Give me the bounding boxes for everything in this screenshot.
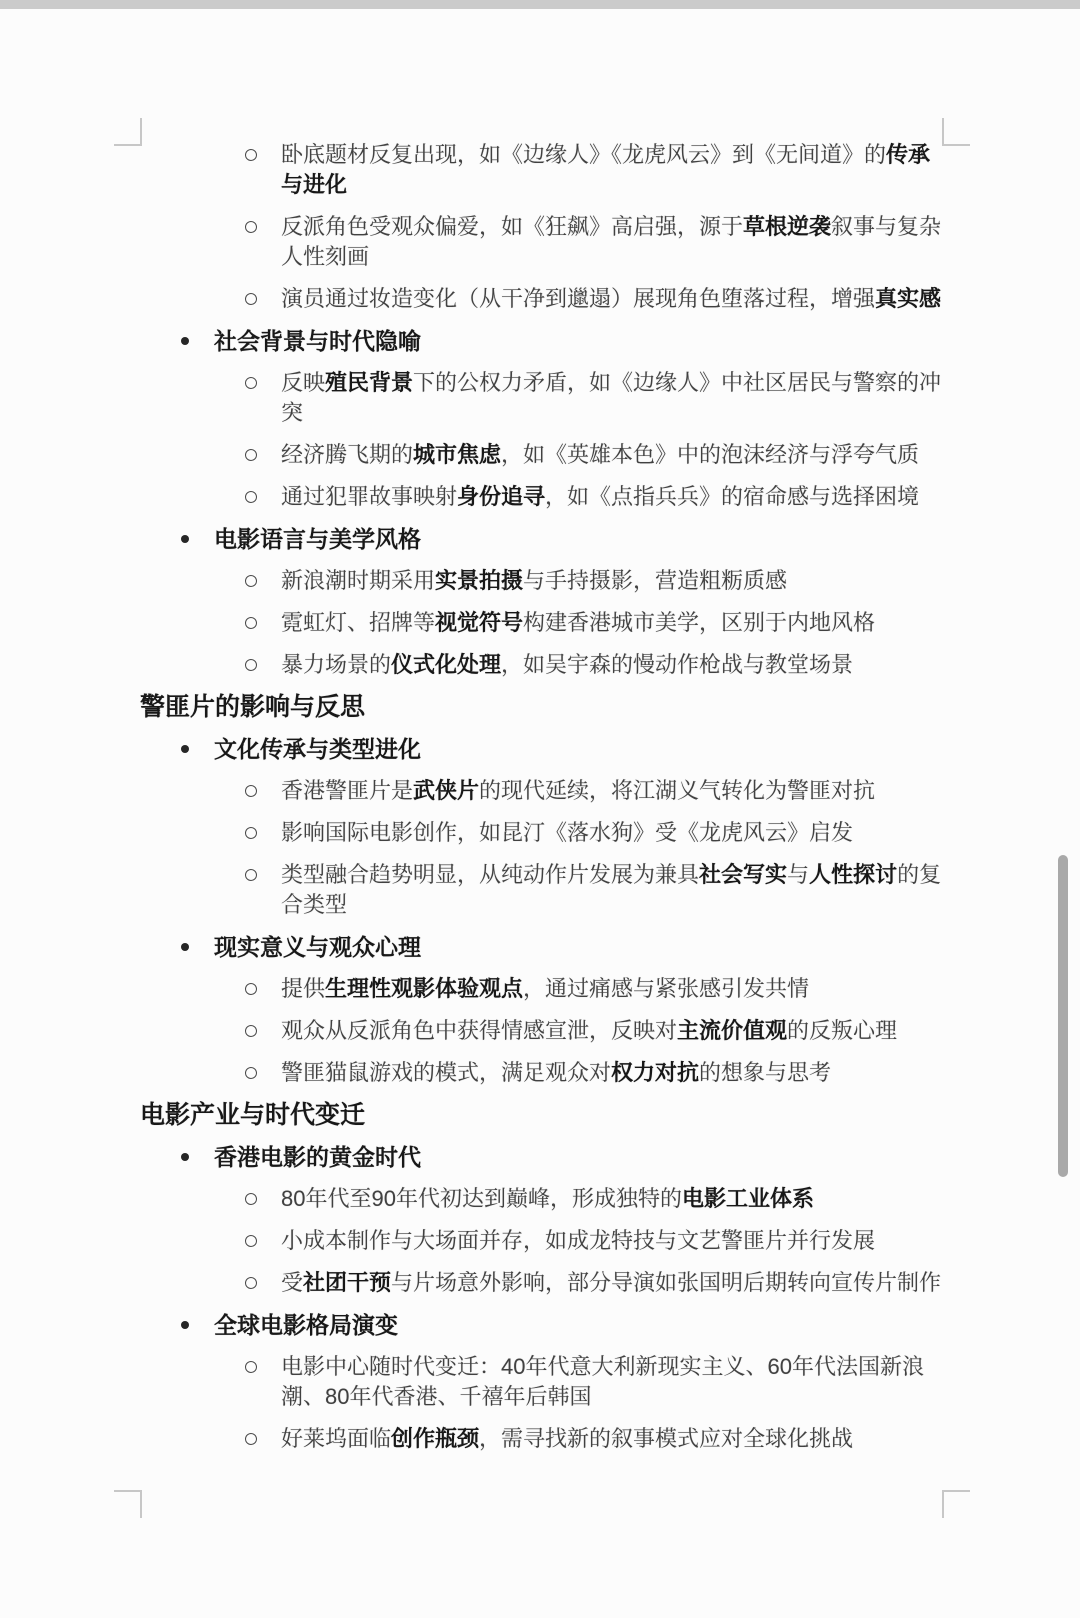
bullet-circle-icon [245,869,257,881]
outline-item: 观众从反派角色中获得情感宣泄，反映对主流价值观的反叛心理 [140,1016,942,1046]
outline-text: 香港警匪片是武侠片的现代延续，将江湖义气转化为警匪对抗 [281,778,875,803]
bullet-dot-icon [181,337,189,345]
outline-item: 80年代至90年代初达到巅峰，形成独特的电影工业体系 [140,1184,942,1214]
bullet-circle-icon [245,1235,257,1247]
outline-text: 经济腾飞期的城市焦虑，如《英雄本色》中的泡沫经济与浮夸气质 [281,442,919,467]
outline-text: 电影产业与时代变迁 [140,1101,365,1129]
bullet-circle-icon [245,1433,257,1445]
outline-text: 卧底题材反复出现，如《边缘人》《龙虎风云》到《无间道》的传承与进化 [281,142,930,197]
outline-item: 电影中心随时代变迁：40年代意大利新现实主义、60年代法国新浪潮、80年代香港、… [140,1352,942,1412]
outline-text: 提供生理性观影体验观点，通过痛感与紧张感引发共情 [281,976,809,1001]
bullet-dot-icon [181,535,189,543]
outline-text: 观众从反派角色中获得情感宣泄，反映对主流价值观的反叛心理 [281,1018,897,1043]
bullet-dot-icon [181,1153,189,1161]
document-viewer: 卧底题材反复出现，如《边缘人》《龙虎风云》到《无间道》的传承与进化反派角色受观众… [0,0,1080,1618]
outline-subheading: 文化传承与类型进化 [140,734,942,764]
bullet-circle-icon [245,377,257,389]
outline-text: 警匪猫鼠游戏的模式，满足观众对权力对抗的想象与思考 [281,1060,831,1085]
outline-text: 现实意义与观众心理 [214,934,421,960]
outline-item: 经济腾飞期的城市焦虑，如《英雄本色》中的泡沫经济与浮夸气质 [140,440,942,470]
bullet-circle-icon [245,575,257,587]
bullet-circle-icon [245,1193,257,1205]
outline-text: 类型融合趋势明显，从纯动作片发展为兼具社会写实与人性探讨的复合类型 [281,862,941,917]
bullet-circle-icon [245,449,257,461]
outline-text: 全球电影格局演变 [214,1312,398,1338]
bullet-circle-icon [245,293,257,305]
outline-text: 警匪片的影响与反思 [140,693,365,721]
outline-item: 反派角色受观众偏爱，如《狂飙》高启强，源于草根逆袭叙事与复杂人性刻画 [140,212,942,272]
outline-text: 通过犯罪故事映射身份追寻，如《点指兵兵》的宿命感与选择困境 [281,484,919,509]
section-heading: 电影产业与时代变迁 [140,1100,942,1130]
outline-item: 小成本制作与大场面并存，如成龙特技与文艺警匪片并行发展 [140,1226,942,1256]
outline-text: 文化传承与类型进化 [214,736,421,762]
outline-text: 新浪潮时期采用实景拍摄与手持摄影，营造粗粝质感 [281,568,787,593]
outline-text: 影响国际电影创作，如昆汀《落水狗》受《龙虎风云》启发 [281,820,853,845]
outline-text: 反派角色受观众偏爱，如《狂飙》高启强，源于草根逆袭叙事与复杂人性刻画 [281,214,941,269]
outline-text: 反映殖民背景下的公权力矛盾，如《边缘人》中社区居民与警察的冲突 [281,370,941,425]
bullet-circle-icon [245,491,257,503]
outline-text: 80年代至90年代初达到巅峰，形成独特的电影工业体系 [281,1186,814,1211]
outline-item: 通过犯罪故事映射身份追寻，如《点指兵兵》的宿命感与选择困境 [140,482,942,512]
outline-item: 霓虹灯、招牌等视觉符号构建香港城市美学，区别于内地风格 [140,608,942,638]
bullet-dot-icon [181,1321,189,1329]
text-boundary-mark-bottom-left [114,1490,142,1518]
bullet-dot-icon [181,745,189,753]
outline-item: 受社团干预与片场意外影响，部分导演如张国明后期转向宣传片制作 [140,1268,942,1298]
outline-text: 霓虹灯、招牌等视觉符号构建香港城市美学，区别于内地风格 [281,610,875,635]
outline-item: 影响国际电影创作，如昆汀《落水狗》受《龙虎风云》启发 [140,818,942,848]
outline-text: 演员通过妆造变化（从干净到邋遢）展现角色堕落过程，增强真实感 [281,286,941,311]
outline-item: 新浪潮时期采用实景拍摄与手持摄影，营造粗粝质感 [140,566,942,596]
outline-text: 暴力场景的仪式化处理，如吴宇森的慢动作枪战与教堂场景 [281,652,853,677]
outline-subheading: 香港电影的黄金时代 [140,1142,942,1172]
outline-item: 好莱坞面临创作瓶颈，需寻找新的叙事模式应对全球化挑战 [140,1424,942,1454]
bullet-circle-icon [245,1067,257,1079]
outline-subheading: 电影语言与美学风格 [140,524,942,554]
bullet-circle-icon [245,983,257,995]
outline-text: 小成本制作与大场面并存，如成龙特技与文艺警匪片并行发展 [281,1228,875,1253]
bullet-circle-icon [245,1277,257,1289]
outline-subheading: 社会背景与时代隐喻 [140,326,942,356]
bullet-circle-icon [245,785,257,797]
outline-text: 香港电影的黄金时代 [214,1144,421,1170]
bullet-circle-icon [245,1361,257,1373]
outline-item: 暴力场景的仪式化处理，如吴宇森的慢动作枪战与教堂场景 [140,650,942,680]
vertical-scrollbar-thumb[interactable] [1058,855,1068,1177]
window-top-edge [0,0,1080,9]
text-boundary-mark-bottom-right [942,1490,970,1518]
outline-text: 好莱坞面临创作瓶颈，需寻找新的叙事模式应对全球化挑战 [281,1426,853,1451]
bullet-circle-icon [245,827,257,839]
outline-item: 香港警匪片是武侠片的现代延续，将江湖义气转化为警匪对抗 [140,776,942,806]
document-outline: 卧底题材反复出现，如《边缘人》《龙虎风云》到《无间道》的传承与进化反派角色受观众… [140,140,942,1466]
bullet-circle-icon [245,221,257,233]
outline-subheading: 全球电影格局演变 [140,1310,942,1340]
bullet-circle-icon [245,1025,257,1037]
section-heading: 警匪片的影响与反思 [140,692,942,722]
outline-item: 提供生理性观影体验观点，通过痛感与紧张感引发共情 [140,974,942,1004]
bullet-dot-icon [181,943,189,951]
text-boundary-mark-top-right [942,118,970,146]
outline-text: 电影中心随时代变迁：40年代意大利新现实主义、60年代法国新浪潮、80年代香港、… [281,1354,924,1409]
outline-text: 社会背景与时代隐喻 [214,328,421,354]
outline-subheading: 现实意义与观众心理 [140,932,942,962]
bullet-circle-icon [245,149,257,161]
outline-item: 卧底题材反复出现，如《边缘人》《龙虎风云》到《无间道》的传承与进化 [140,140,942,200]
outline-item: 警匪猫鼠游戏的模式，满足观众对权力对抗的想象与思考 [140,1058,942,1088]
outline-item: 反映殖民背景下的公权力矛盾，如《边缘人》中社区居民与警察的冲突 [140,368,942,428]
outline-item: 演员通过妆造变化（从干净到邋遢）展现角色堕落过程，增强真实感 [140,284,942,314]
bullet-circle-icon [245,617,257,629]
outline-text: 受社团干预与片场意外影响，部分导演如张国明后期转向宣传片制作 [281,1270,941,1295]
text-boundary-mark-top-left [114,118,142,146]
bullet-circle-icon [245,659,257,671]
outline-text: 电影语言与美学风格 [214,526,421,552]
outline-item: 类型融合趋势明显，从纯动作片发展为兼具社会写实与人性探讨的复合类型 [140,860,942,920]
